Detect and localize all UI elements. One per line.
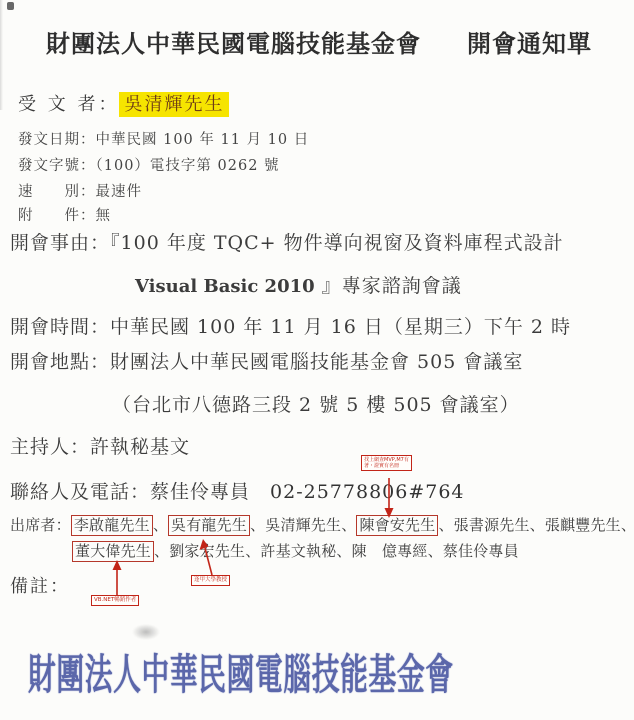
attachment-value: 無 xyxy=(96,208,112,224)
priority-label: 速 別： xyxy=(18,184,96,200)
priority-value: 最速件 xyxy=(96,184,143,200)
recipient-name-highlighted: 吳清輝先生 xyxy=(119,92,229,117)
attendees-row-2: 董大偉先生、劉家宏先生、許基文執秘、陳 億專經、蔡佳伶專員 xyxy=(72,540,519,562)
annotation-note-bottom: VB.NET暢銷作者 xyxy=(91,595,139,606)
contact-row: 聯絡人及電話：蔡佳伶專員02-25778806#764 xyxy=(10,477,465,504)
meeting-notice-document: 財團法人中華民國電腦技能基金會開會通知單 受 文 者：吳清輝先生 發文日期：中華… xyxy=(0,0,634,720)
attachment-label: 附 件： xyxy=(18,208,96,224)
meeting-time-row: 開會時間：中華民國 100 年 11 月 16 日（星期三）下午 2 時 xyxy=(10,312,571,339)
attachment-row: 附 件：無 xyxy=(18,204,111,225)
attendee-name-boxed: 陳會安先生 xyxy=(356,515,438,536)
meeting-subject-line2: Visual Basic 2010 』專家諮詢會議 xyxy=(135,271,462,298)
meeting-subject-line2-rest: 』專家諮詢會議 xyxy=(315,275,462,297)
issue-date-row: 發文日期：中華民國 100 年 11 月 10 日 xyxy=(18,128,309,149)
remark-label: 備註： xyxy=(10,572,70,598)
attendee-name-boxed: 吳有龍先生 xyxy=(168,515,250,536)
meeting-time-label: 開會時間： xyxy=(10,316,110,338)
contact-phone: 02-25778806#764 xyxy=(270,481,465,503)
attendees-row-1: 出席者：李啟龍先生、吳有龍先生、吳清輝先生、陳會安先生、張書源先生、張麒豐先生、 xyxy=(10,514,634,536)
meeting-time-value: 中華民國 100 年 11 月 16 日（星期三）下午 2 時 xyxy=(110,316,571,338)
attendees-names: 、張書源先生、張麒豐先生、 xyxy=(438,516,634,534)
contact-name: 蔡佳伶專員 xyxy=(150,481,250,503)
annotation-note-middle: 逢甲大學教授 xyxy=(191,575,230,586)
reference-number-row: 發文字號：（100）電技字第 0262 號 xyxy=(18,154,280,175)
attendees-separator: 、 xyxy=(153,516,168,534)
meeting-place-value: 財團法人中華民國電腦技能基金會 505 會議室 xyxy=(110,351,523,373)
scan-speck xyxy=(7,2,14,10)
scan-edge-shadow xyxy=(0,0,3,110)
host-name: 許執秘基文 xyxy=(90,436,190,458)
meeting-subject-line1: 『100 年度 TQC+ 物件導向視窗及資料庫程式設計 xyxy=(110,232,564,254)
reference-number-value: （100）電技字第 0262 號 xyxy=(96,158,280,174)
meeting-subject-label: 開會事由： xyxy=(10,232,110,254)
attendee-name-boxed: 董大偉先生 xyxy=(72,541,154,562)
meeting-place-row: 開會地點：財團法人中華民國電腦技能基金會 505 會議室 xyxy=(10,347,523,374)
reference-number-label: 發文字號： xyxy=(18,158,96,174)
organization-title: 財團法人中華民國電腦技能基金會 xyxy=(46,29,421,58)
issue-date-label: 發文日期： xyxy=(18,132,96,148)
attendee-name-boxed: 李啟龍先生 xyxy=(71,515,153,536)
meeting-subject-row: 開會事由：『100 年度 TQC+ 物件導向視窗及資料庫程式設計 xyxy=(10,228,564,255)
document-title-row: 財團法人中華民國電腦技能基金會開會通知單 xyxy=(46,24,592,59)
attendees-names: 、劉家宏先生、許基文執秘、陳 億專經、蔡佳伶專員 xyxy=(154,542,519,560)
annotation-note-top-line2: 著・證實有名冊 xyxy=(364,463,409,469)
meeting-subject-english: Visual Basic 2010 xyxy=(135,276,315,297)
contact-label: 聯絡人及電話： xyxy=(10,481,150,503)
priority-row: 速 別：最速件 xyxy=(18,180,142,201)
meeting-place-address: （台北市八德路三段 2 號 5 樓 505 會議室） xyxy=(112,390,520,417)
annotation-note-top: 找上網查MVP,M7有 著・證實有名冊 xyxy=(361,455,412,471)
issue-date-value: 中華民國 100 年 11 月 10 日 xyxy=(96,132,310,148)
meeting-place-label: 開會地點： xyxy=(10,351,110,373)
host-label: 主持人： xyxy=(10,436,90,458)
recipient-label: 受 文 者： xyxy=(18,94,119,115)
recipient-row: 受 文 者：吳清輝先生 xyxy=(18,90,229,116)
host-row: 主持人：許執秘基文 xyxy=(10,432,190,459)
document-type-title: 開會通知單 xyxy=(467,29,592,58)
attendees-label: 出席者： xyxy=(10,516,71,534)
organization-stamp: 財團法人中華民國電腦技能基金會 xyxy=(28,642,454,702)
attendees-names: 、吳清輝先生、 xyxy=(250,516,356,534)
scan-smudge xyxy=(132,624,160,640)
